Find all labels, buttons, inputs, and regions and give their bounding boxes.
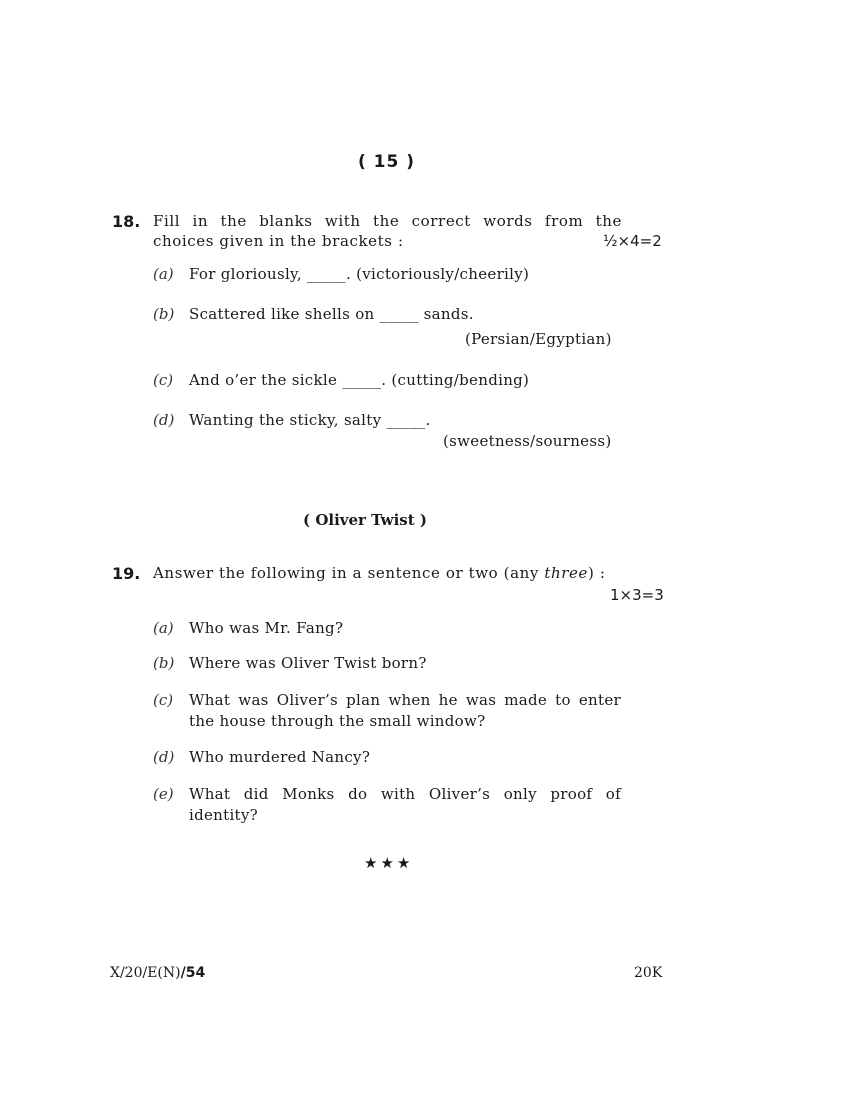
item-text-line2: identity? (189, 806, 258, 824)
item-label: (c) (153, 691, 173, 709)
item-label: (a) (153, 619, 174, 637)
item-label: (b) (153, 654, 174, 672)
item-text-line1: What was Oliver’s plan when he was made … (189, 691, 621, 709)
paper-code: X/20/E(N)/54 (110, 965, 205, 981)
question-number: 19. (112, 564, 140, 583)
item-text: Who was Mr. Fang? (189, 619, 343, 637)
item-choices: (Persian/Egyptian) (465, 330, 612, 348)
question-text-line2: choices given in the brackets : (153, 232, 404, 250)
item-label: (a) (153, 265, 174, 283)
item-choices: (sweetness/sourness) (443, 432, 612, 450)
item-label: (e) (153, 785, 174, 803)
item-text-line2: the house through the small window? (189, 712, 485, 730)
item-text: Scattered like shells on _____ sands. (189, 305, 474, 323)
item-text: And o’er the sickle _____. (cutting/bend… (189, 371, 529, 389)
item-label: (d) (153, 411, 174, 429)
item-text: Where was Oliver Twist born? (189, 654, 427, 672)
item-text-line1: What did Monks do with Oliver’s only pro… (189, 785, 621, 803)
end-stars-icon: ★★★ (364, 854, 413, 872)
page-number: ( 15 ) (0, 152, 773, 172)
marks-allocation: 1×3=3 (610, 586, 664, 604)
item-text: For gloriously, _____. (victoriously/che… (189, 265, 529, 283)
item-text: Wanting the sticky, salty _____. (189, 411, 431, 429)
item-label: (d) (153, 748, 174, 766)
section-title: ( Oliver Twist ) (0, 511, 730, 529)
item-label: (c) (153, 371, 173, 389)
question-number: 18. (112, 212, 140, 231)
item-label: (b) (153, 305, 174, 323)
marks-allocation: ½×4=2 (603, 232, 662, 250)
item-text: Who murdered Nancy? (189, 748, 370, 766)
question-text: Answer the following in a sentence or tw… (153, 564, 605, 582)
print-count: 20K (634, 965, 662, 981)
question-text-line1: Fill in the blanks with the correct word… (153, 212, 622, 230)
